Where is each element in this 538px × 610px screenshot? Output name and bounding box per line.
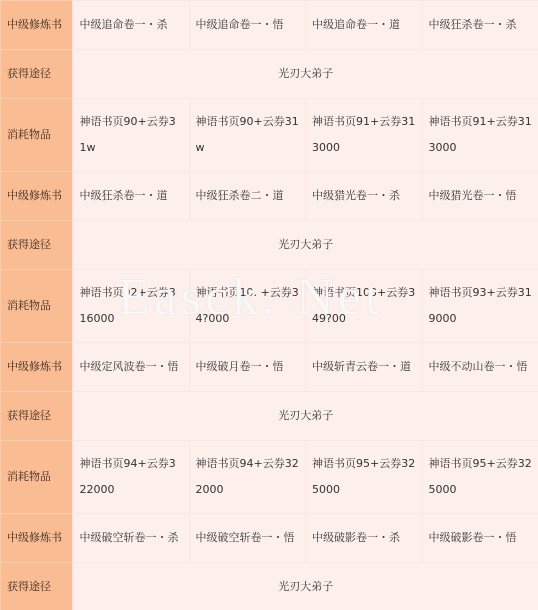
- cost-row: 消耗物品 神语书页90+云券31w 神语书页90+云券31w 神语书页91+云券…: [1, 99, 538, 172]
- cost-value: 神语书页103+云券349?00: [306, 270, 423, 343]
- book-name: 中级追命卷一・道: [306, 1, 423, 50]
- row-label-book: 中级修炼书: [1, 1, 73, 50]
- row-label-source: 获得途径: [1, 50, 73, 99]
- cost-value: 神语书页91+云券313000: [422, 99, 538, 172]
- training-book-table: 中级修炼书 中级追命卷一・杀 中级追命卷一・悟 中级追命卷一・道 中级狂杀卷一・…: [0, 0, 538, 610]
- book-row: 中级修炼书 中级追命卷一・杀 中级追命卷一・悟 中级追命卷一・道 中级狂杀卷一・…: [1, 1, 538, 50]
- row-label-cost: 消耗物品: [1, 270, 73, 343]
- cost-value: 神语书页90+云券31w: [189, 99, 306, 172]
- source-row: 获得途径 光刃大弟子: [1, 50, 538, 99]
- book-name: 中级破空斩卷一・杀: [73, 514, 190, 563]
- book-name: 中级不动山卷一・悟: [422, 343, 538, 392]
- book-name: 中级猎光卷一・悟: [422, 172, 538, 221]
- source-row: 获得途径 光刃大弟子: [1, 221, 538, 270]
- book-name: 中级破空斩卷一・悟: [189, 514, 306, 563]
- row-label-source: 获得途径: [1, 563, 73, 610]
- row-label-book: 中级修炼书: [1, 514, 73, 563]
- cost-value: 神语书页91+云券313000: [306, 99, 423, 172]
- book-name: 中级狂杀卷一・杀: [422, 1, 538, 50]
- source-value: 光刃大弟子: [73, 392, 538, 441]
- book-name: 中级追命卷一・杀: [73, 1, 190, 50]
- cost-value: 神语书页10. +云券34?000: [189, 270, 306, 343]
- row-label-source: 获得途径: [1, 392, 73, 441]
- row-label-cost: 消耗物品: [1, 441, 73, 514]
- row-label-book: 中级修炼书: [1, 343, 73, 392]
- row-label-book: 中级修炼书: [1, 172, 73, 221]
- book-name: 中级追命卷一・悟: [189, 1, 306, 50]
- cost-value: 神语书页92+云券316000: [73, 270, 190, 343]
- cost-value: 神语书页95+云券325000: [306, 441, 423, 514]
- book-name: 中级破月卷一・悟: [189, 343, 306, 392]
- source-value: 光刃大弟子: [73, 221, 538, 270]
- book-name: 中级狂杀卷一・道: [73, 172, 190, 221]
- book-row: 中级修炼书 中级狂杀卷一・道 中级狂杀卷二・道 中级猎光卷一・杀 中级猎光卷一・…: [1, 172, 538, 221]
- book-name: 中级斩青云卷一・道: [306, 343, 423, 392]
- cost-value: 神语书页93+云券319000: [422, 270, 538, 343]
- cost-row: 消耗物品 神语书页94+云券322000 神语书页94+云券322000 神语书…: [1, 441, 538, 514]
- source-value: 光刃大弟子: [73, 50, 538, 99]
- cost-value: 神语书页94+云券322000: [189, 441, 306, 514]
- cost-value: 神语书页95+云券325000: [422, 441, 538, 514]
- source-value: 光刃大弟子: [73, 563, 538, 610]
- row-label-source: 获得途径: [1, 221, 73, 270]
- source-row: 获得途径 光刃大弟子: [1, 392, 538, 441]
- book-row: 中级修炼书 中级定风波卷一・悟 中级破月卷一・悟 中级斩青云卷一・道 中级不动山…: [1, 343, 538, 392]
- source-row: 获得途径 光刃大弟子: [1, 563, 538, 610]
- cost-row: 消耗物品 神语书页92+云券316000 神语书页10. +云券34?000 神…: [1, 270, 538, 343]
- row-label-cost: 消耗物品: [1, 99, 73, 172]
- book-row: 中级修炼书 中级破空斩卷一・杀 中级破空斩卷一・悟 中级破影卷一・杀 中级破影卷…: [1, 514, 538, 563]
- book-name: 中级破影卷一・杀: [306, 514, 423, 563]
- book-name: 中级狂杀卷二・道: [189, 172, 306, 221]
- book-name: 中级定风波卷一・悟: [73, 343, 190, 392]
- cost-value: 神语书页94+云券322000: [73, 441, 190, 514]
- cost-value: 神语书页90+云券31w: [73, 99, 190, 172]
- book-name: 中级破影卷一・悟: [422, 514, 538, 563]
- book-name: 中级猎光卷一・杀: [306, 172, 423, 221]
